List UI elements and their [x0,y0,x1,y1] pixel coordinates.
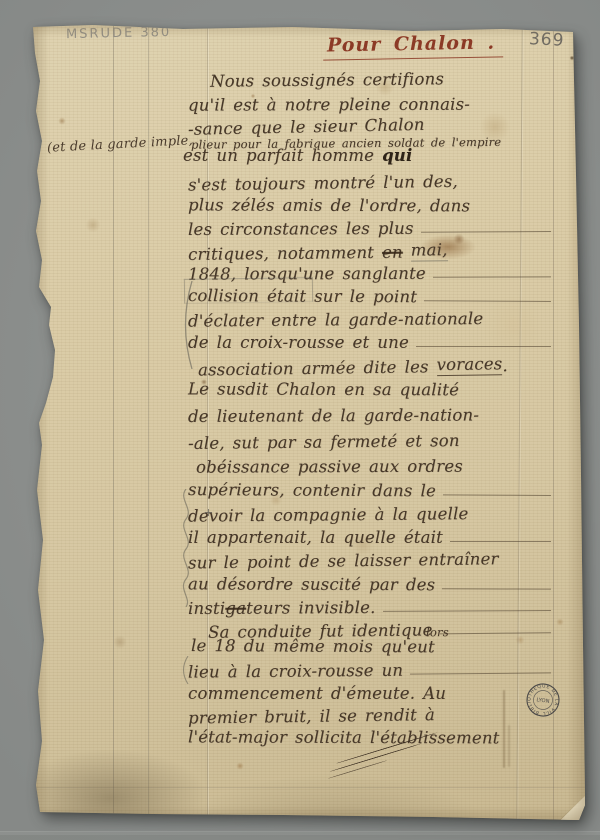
manuscript-line: obéissance passive aux ordres [196,456,553,476]
manuscript-text-segment: qu'il est à notre pleine connais- [188,95,470,115]
ink-drip [508,725,510,767]
manuscript-text-segment: les circonstances les plus [188,219,414,239]
manuscript-line: il appartenait, la quelle était [188,528,553,547]
manuscript-text-segment: au désordre suscité par des [188,574,435,594]
manuscript-text-segment: plus zélés amis de l'ordre, dans [188,195,470,215]
folio-number-pencil: 369 [529,29,565,51]
manuscript-line: critiques, notamment en mai, [188,239,553,264]
dog-ear-corner [557,796,585,822]
manuscript-text-segment: supérieurs, contenir dans le [188,480,436,500]
manuscript-line: instigateurs invisible. [188,597,553,618]
manuscript-text-segment: devoir la compagnie à la quelle [188,504,469,525]
manuscript-line: devoir la compagnie à la quelle [188,503,553,525]
manuscript-text-segment: d'éclater entre la garde-nationale [188,309,483,331]
manuscript-line: qu'il est à notre pleine connais- [188,94,553,114]
manuscript-line: plus zélés amis de l'ordre, dans [188,195,553,215]
manuscript-line: Nous soussignés certifions [210,68,553,91]
line-filler-rule [443,494,551,496]
fold-crease-horizontal [33,787,585,788]
manuscript-line: association armée dite les voraces. [198,354,553,380]
manuscript-text-segment: qui [382,146,412,165]
manuscript-line: les circonstances les plus [188,218,553,239]
flourish-stroke [330,743,422,772]
manuscript-text-segment: obéissance passive aux ordres [196,457,463,477]
manuscript-text-segment: il appartenait, la quelle était [188,528,443,547]
manuscript-text-segment: Le susdit Chalon en sa qualité [188,379,459,399]
manuscript-line: -ale, sut par sa fermeté et son [188,430,553,453]
manuscript-text-segment: mai, [411,240,448,261]
document-title: Pour Chalon . [323,31,504,60]
line-filler-rule [433,276,551,277]
manuscript-text-segment: s'est toujours montré l'un des, [188,172,458,195]
manuscript-text-segment: Nous soussignés certifions [210,69,444,90]
manuscript-text-segment: voraces [436,354,502,376]
manuscript-line: supérieurs, contenir dans le [188,480,553,501]
manuscript-text-segment: est un parfait homme [183,146,382,165]
manuscript-text-segment [403,243,411,262]
line-filler-rule [421,231,551,233]
manuscript-text-segment: critiques, notamment [188,243,382,264]
paper-shadow-wrap: MSRUDE 380 369 Pour Chalon . (et de la g… [0,0,600,840]
manuscript-line: premier bruit, il se rendit à [188,703,553,727]
library-stamp: BIBLIOTHEQUE DE LA VILLE LYON [523,680,564,721]
signature-flourish [328,741,448,787]
manuscript-line: Le susdit Chalon en sa qualité [188,379,553,399]
manuscript-text-segment: ga [225,599,246,618]
photo-background: MSRUDE 380 369 Pour Chalon . (et de la g… [0,0,600,840]
manuscript-line: sur le point de se laisser entraîner [188,548,553,572]
ink-drip [503,690,505,768]
manuscript-line: le 18 du même mois qu'eut [191,636,553,657]
manuscript-text-segment: premier bruit, il se rendit à [188,705,435,727]
line-filler-rule [416,346,551,347]
line-filler-rule [450,541,551,542]
shelfmark-pencil: MSRUDE 380 [66,25,171,42]
manuscript-text-segment: sur le point de se laisser entraîner [188,549,499,572]
line-filler-rule [424,300,551,302]
stamp-center-text: LYON [536,697,550,705]
manuscript-text-segment: de la croix-rousse et une [188,333,409,352]
manuscript-line: au désordre suscité par des [188,574,553,594]
manuscript-text-segment: teurs invisible. [246,598,376,618]
manuscript-line: s'est toujours montré l'un des, [188,170,553,194]
manuscript-text-segment: commencement d'émeute. Au [188,684,446,703]
manuscript-text-segment: lieu à la croix-rousse un [188,661,403,682]
manuscript-text-segment: insti [188,599,225,618]
line-filler-rule [383,610,551,612]
manuscript-line: 1848, lorsqu'une sanglante [188,263,553,283]
manuscript-line: d'éclater entre la garde-nationale [188,308,553,330]
manuscript-text-segment: de lieutenant de la garde-nation- [188,405,479,426]
manuscript-text-segment: . [502,356,508,375]
manuscript-text-segment: en [382,243,403,262]
manuscript-text-segment: 1848, lorsqu'une sanglante [188,264,426,284]
manuscript-line: commencement d'émeute. Au [188,684,553,703]
manuscript-text-segment: le 18 du même mois qu'eut [191,636,435,656]
manuscript-line: de lieutenant de la garde-nation- [188,405,553,426]
manuscript-line: est un parfait homme qui [183,146,553,165]
line-filler-rule [410,672,551,674]
manuscript-text-segment: -ale, sut par sa fermeté et son [188,431,460,453]
manuscript-line: lieu à la croix-rousse un [188,659,553,681]
line-filler-rule [442,588,551,589]
manuscript-line: collision était sur le point [188,286,553,307]
manuscript-text-segment: association armée dite les [198,357,437,379]
manuscript-page: MSRUDE 380 369 Pour Chalon . (et de la g… [33,25,585,822]
margin-note: (et de la garde imple, [47,133,194,156]
manuscript-line: de la croix-rousse et une [188,333,553,352]
manuscript-text-segment: collision était sur le point [188,286,417,306]
